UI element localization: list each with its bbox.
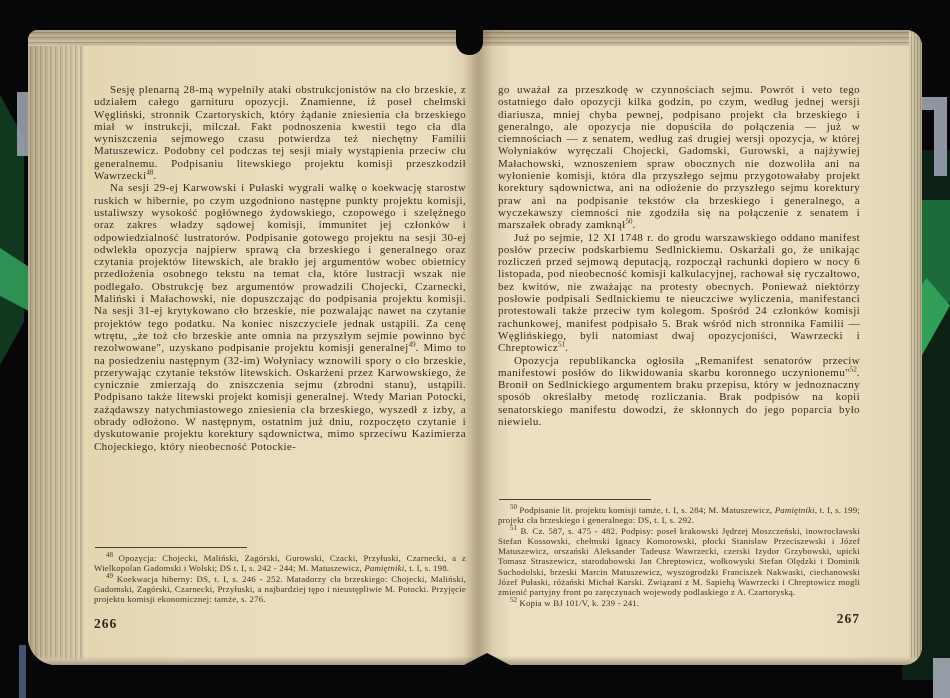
footnote: 52 Kopia w BJ 101/V, k. 239 - 241. — [498, 598, 860, 608]
paragraph: go uważał za przeszkodę w czynnościach s… — [498, 84, 860, 232]
footnote: 48 Opozycja: Chojecki, Maliński, Zagórsk… — [94, 553, 466, 574]
right-footnote-list: 50 Podpisanie lit. projektu komisji tamż… — [498, 505, 860, 608]
open-book: Sesję plenarną 28-mą wypełniły ataki obs… — [28, 30, 922, 665]
footnote-separator — [499, 499, 651, 500]
right-page-footnotes: 50 Podpisanie lit. projektu komisji tamż… — [498, 499, 860, 608]
gutter-bottom-peak — [464, 653, 510, 665]
fore-edge-left-page-stack — [28, 30, 84, 665]
footnote: 51 B. Cz. 587, s. 475 - 482. Podpisy: po… — [498, 526, 860, 598]
footnote: 49 Koekwacja hiberny: DS, t. I, s. 246 -… — [94, 574, 466, 605]
left-footnote-list: 48 Opozycja: Chojecki, Maliński, Zagórsk… — [94, 553, 466, 604]
blue-bar-bottom-left — [19, 645, 26, 698]
page-number-left: 266 — [94, 616, 117, 632]
footnote-separator — [95, 547, 247, 548]
left-page-footnotes: 48 Opozycja: Chojecki, Maliński, Zagórsk… — [94, 547, 466, 604]
page-number-right: 267 — [498, 611, 860, 627]
paragraph: Na sesji 29-ej Karwowski i Pułaski wygra… — [94, 182, 466, 453]
right-page-body: go uważał za przeszkodę w czynnościach s… — [498, 84, 860, 428]
paragraph: Już po sejmie, 12 XI 1748 r. do grodu wa… — [498, 232, 860, 355]
photo-background: Sesję plenarną 28-mą wypełniły ataki obs… — [0, 0, 950, 698]
paragraph: Sesję plenarną 28-mą wypełniły ataki obs… — [94, 84, 466, 182]
left-page-body: Sesję plenarną 28-mą wypełniły ataki obs… — [94, 84, 466, 453]
gutter-top-notch — [456, 30, 483, 55]
grey-square-bottom-right — [933, 658, 950, 698]
fore-edge-right-page-stack — [909, 30, 922, 665]
paragraph: Opozycja republikancka ogłosiła „Remanif… — [498, 355, 860, 429]
footnote: 50 Podpisanie lit. projektu komisji tamż… — [498, 505, 860, 526]
grey-bracket-vertical — [934, 97, 947, 176]
